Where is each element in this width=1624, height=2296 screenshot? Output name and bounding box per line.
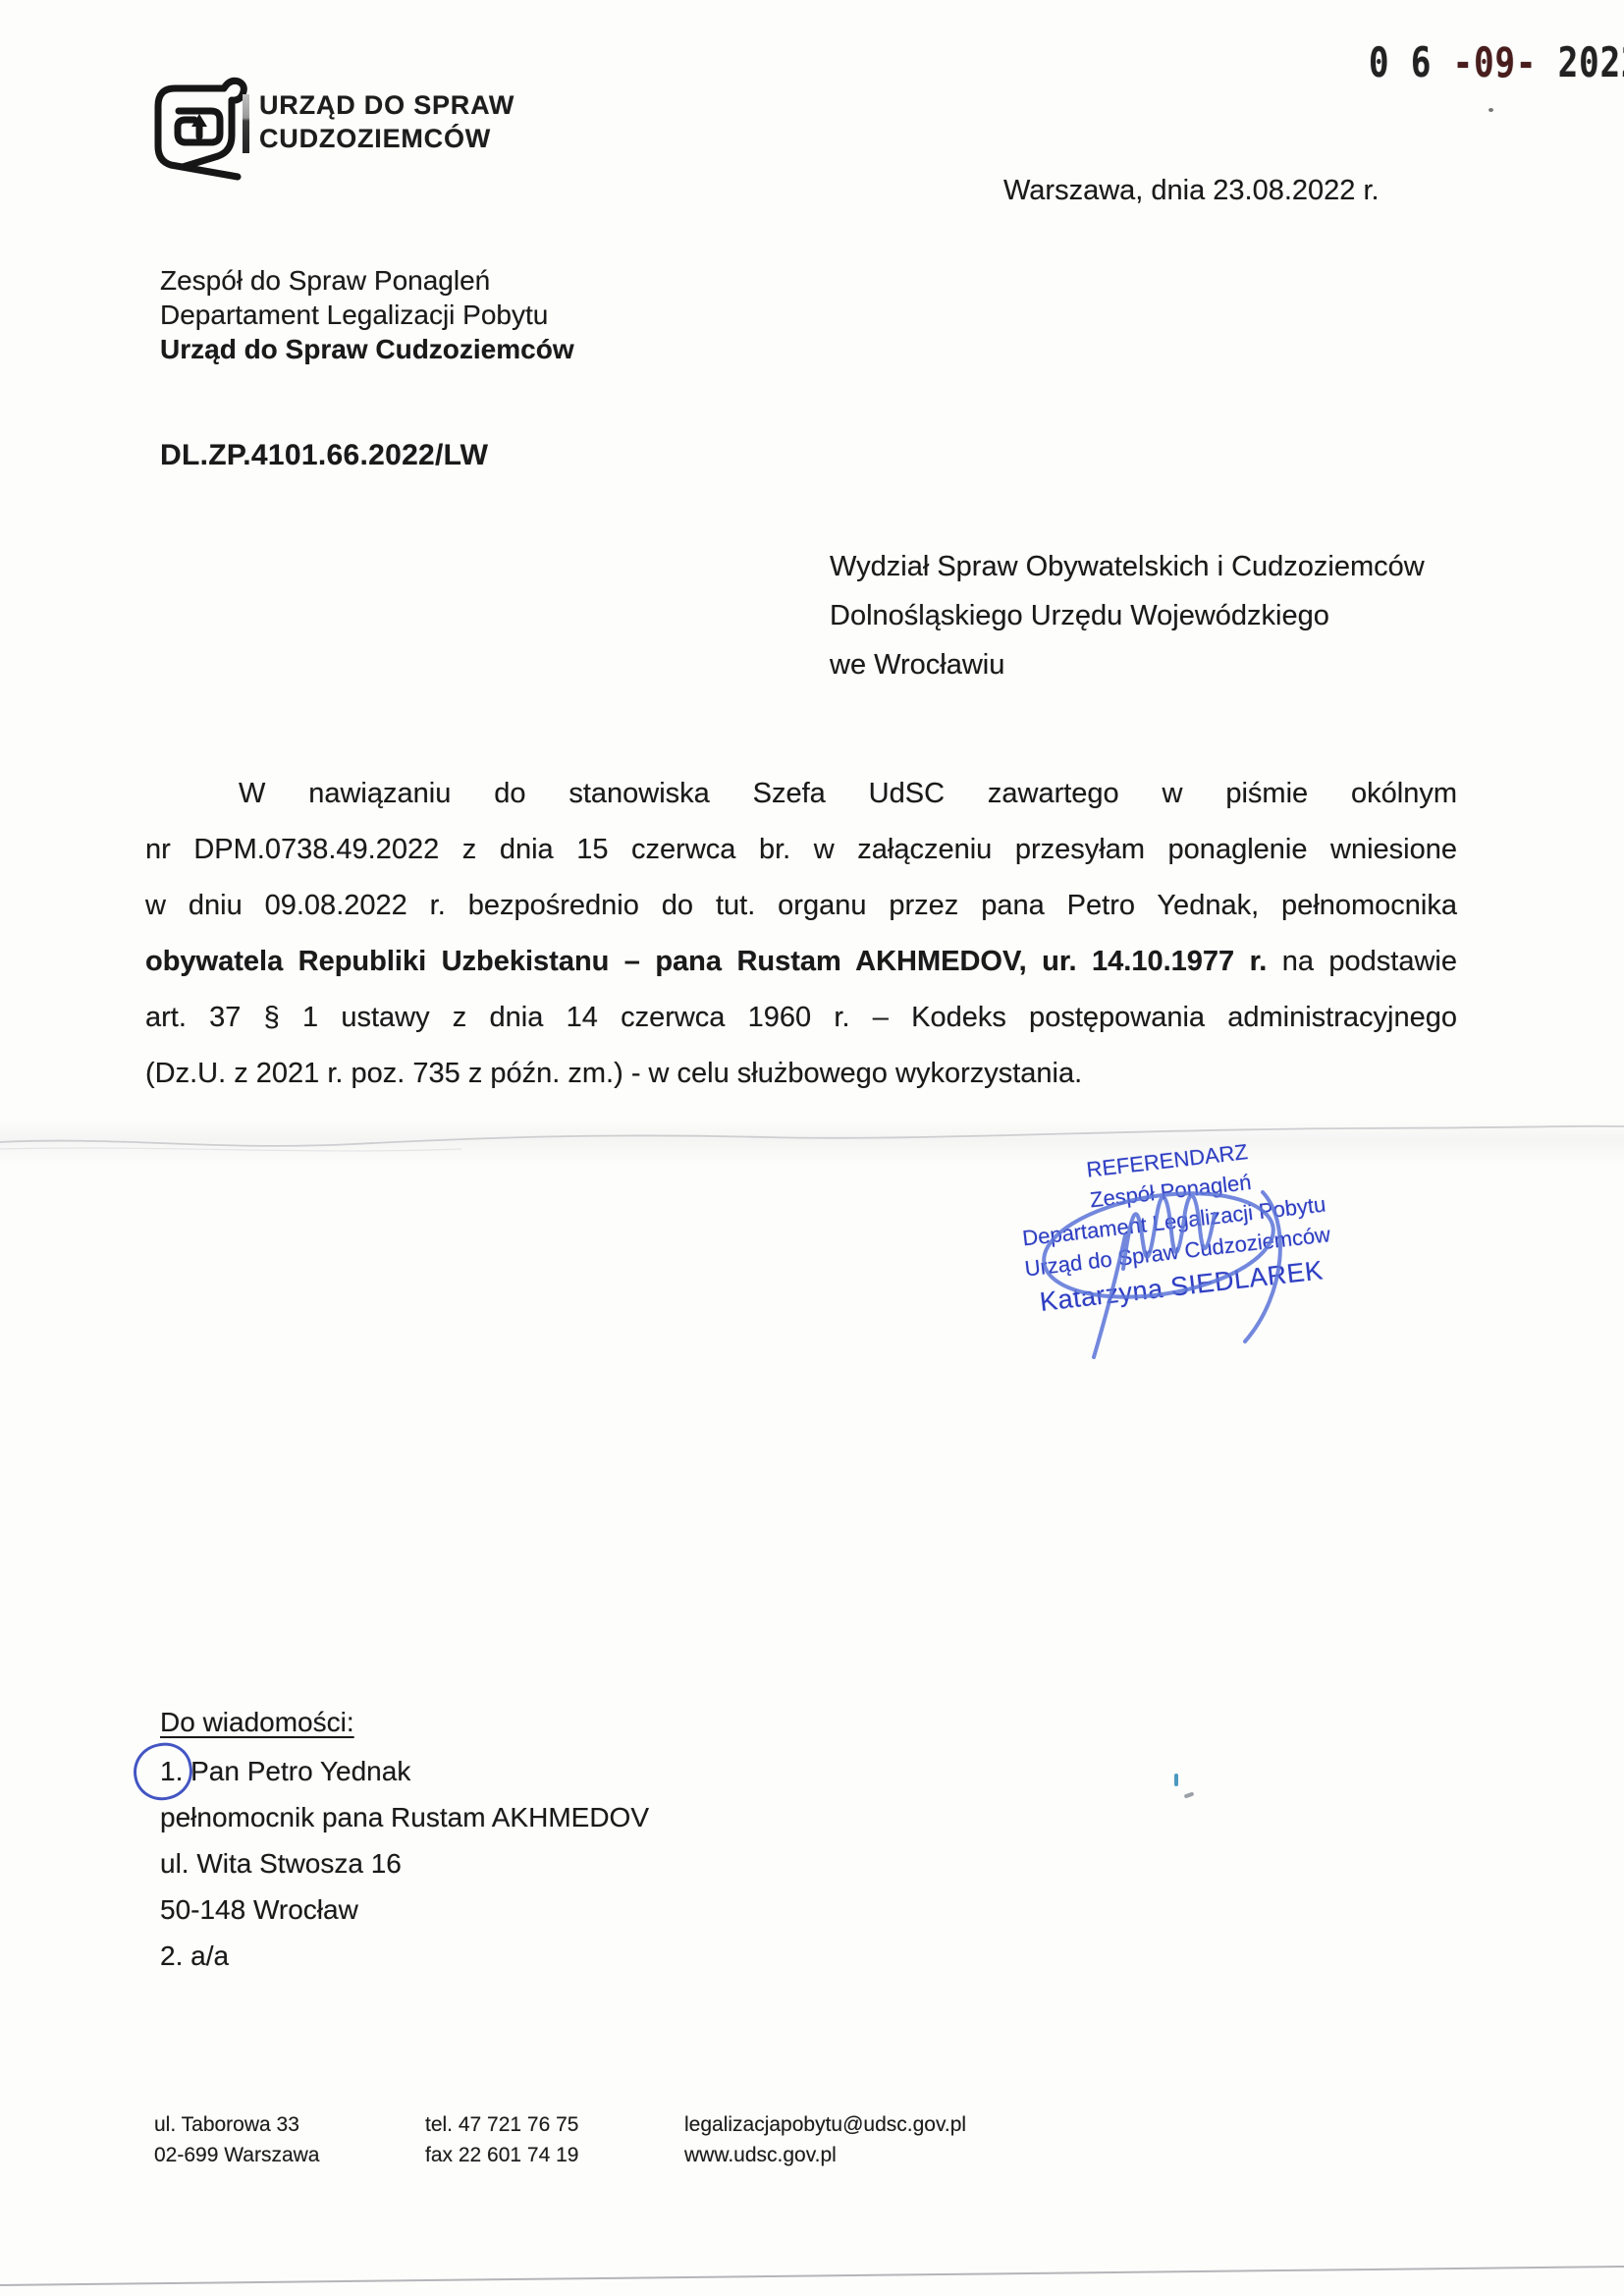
recipient-line3: we Wrocławiu bbox=[830, 640, 1425, 689]
footer-address: ul. Taborowa 33 02-699 Warszawa bbox=[154, 2109, 319, 2170]
org-name-line2: CUDZOZIEMCÓW bbox=[259, 122, 514, 155]
scanned-letter-page: { "header": { "logo_line1": "URZĄD DO SP… bbox=[0, 0, 1624, 2296]
body-line4-rest: na podstawie bbox=[1282, 946, 1457, 977]
body-line1: W nawiązaniu do stanowiska Szefa UdSC za… bbox=[145, 766, 1457, 822]
footer-email: legalizacjapobytu@udsc.gov.pl bbox=[684, 2109, 966, 2140]
footer-phones: tel. 47 721 76 75 fax 22 601 74 19 bbox=[425, 2109, 578, 2170]
place-date-line: Warszawa, dnia 23.08.2022 r. bbox=[1003, 175, 1380, 207]
body-line4: obywatela Republiki Uzbekistanu – pana R… bbox=[145, 934, 1457, 990]
ink-speck bbox=[1184, 1791, 1195, 1798]
sender-block: Zespół do Spraw Ponagleń Departament Leg… bbox=[160, 263, 574, 366]
signature-scribble bbox=[1009, 1175, 1343, 1371]
cc-block: Do wiadomości: 1. Pan Petro Yednak pełno… bbox=[160, 1707, 649, 1979]
udsc-logo-icon bbox=[143, 75, 251, 187]
received-date-stamp: 0 6 -09- 2022 bbox=[1369, 39, 1577, 86]
body-line4-bold: obywatela Republiki Uzbekistanu – pana R… bbox=[145, 946, 1267, 977]
footer-tel: tel. 47 721 76 75 bbox=[425, 2109, 578, 2140]
cc-item1-name: 1. Pan Petro Yednak bbox=[160, 1748, 649, 1794]
recipient-line1: Wydział Spraw Obywatelskich i Cudzoziemc… bbox=[830, 542, 1425, 591]
cc-item1-role: pełnomocnik pana Rustam AKHMEDOV bbox=[160, 1794, 649, 1840]
recipient-line2: Dolnośląskiego Urzędu Wojewódzkiego bbox=[830, 591, 1425, 640]
sender-unit: Zespół do Spraw Ponagleń bbox=[160, 263, 574, 298]
body-line3: w dniu 09.08.2022 r. bezpośrednio do tut… bbox=[145, 878, 1457, 934]
ink-speck bbox=[1174, 1774, 1178, 1786]
letter-body: W nawiązaniu do stanowiska Szefa UdSC za… bbox=[145, 766, 1457, 1102]
body-line6: (Dz.U. z 2021 r. poz. 735 z późn. zm.) -… bbox=[145, 1046, 1457, 1102]
cc-item2: 2. a/a bbox=[160, 1933, 649, 1979]
letter-page: URZĄD DO SPRAW CUDZOZIEMCÓW 0 6 -09- 202… bbox=[0, 0, 1624, 2296]
reference-number: DL.ZP.4101.66.2022/LW bbox=[160, 439, 488, 472]
cc-heading: Do wiadomości: bbox=[160, 1707, 649, 1738]
stamp-year: 2022 bbox=[1558, 39, 1624, 86]
org-name-line1: URZĄD DO SPRAW bbox=[259, 88, 514, 122]
footer-street: ul. Taborowa 33 bbox=[154, 2109, 319, 2140]
recipient-block: Wydział Spraw Obywatelskich i Cudzoziemc… bbox=[830, 542, 1425, 689]
cc-item1-city: 50-148 Wrocław bbox=[160, 1886, 649, 1933]
paper-fold-crease bbox=[0, 1120, 1624, 1165]
sender-department: Departament Legalizacji Pobytu bbox=[160, 298, 574, 332]
cc-item1-street: ul. Wita Stwosza 16 bbox=[160, 1840, 649, 1886]
stamp-month: -09- bbox=[1453, 39, 1538, 86]
ink-speck bbox=[1489, 108, 1493, 112]
udsc-letterhead: URZĄD DO SPRAW CUDZOZIEMCÓW bbox=[143, 73, 693, 191]
logo-divider-bar bbox=[243, 94, 249, 153]
body-line5: art. 37 § 1 ustawy z dnia 14 czerwca 196… bbox=[145, 990, 1457, 1046]
footer-city: 02-699 Warszawa bbox=[154, 2140, 319, 2170]
stamp-day: 0 6 bbox=[1369, 39, 1432, 86]
footer-web: legalizacjapobytu@udsc.gov.pl www.udsc.g… bbox=[684, 2109, 966, 2170]
sender-office: Urząd do Spraw Cudzoziemców bbox=[160, 332, 574, 366]
body-line2: nr DPM.0738.49.2022 z dnia 15 czerwca br… bbox=[145, 822, 1457, 878]
org-name: URZĄD DO SPRAW CUDZOZIEMCÓW bbox=[259, 88, 514, 155]
footer-fax: fax 22 601 74 19 bbox=[425, 2140, 578, 2170]
footer-website: www.udsc.gov.pl bbox=[684, 2140, 966, 2170]
